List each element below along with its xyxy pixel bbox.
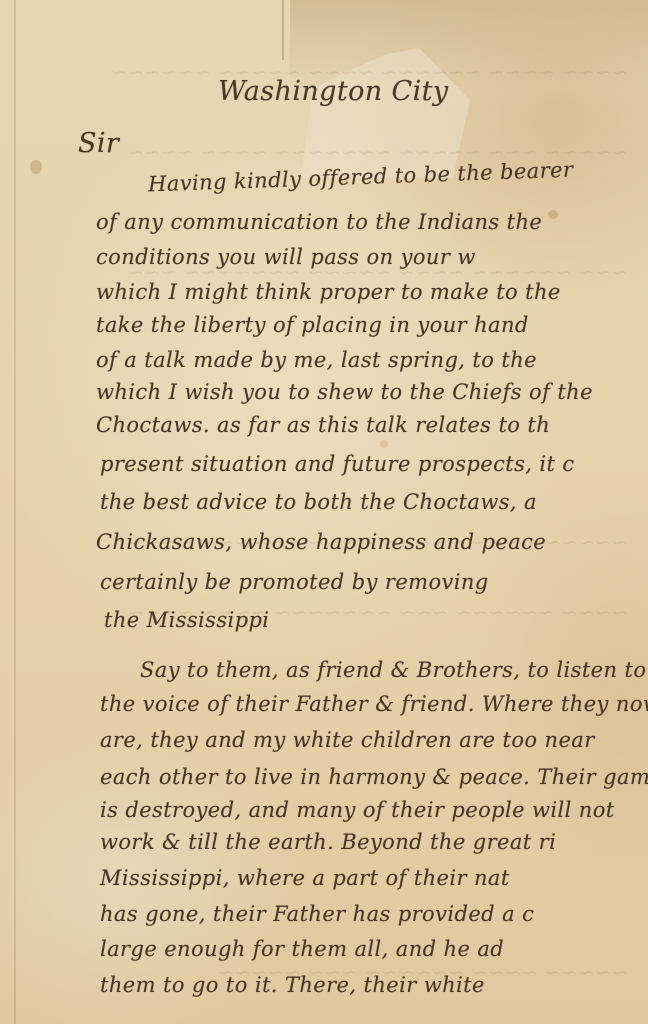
letter-line: Choctaws. as far as this talk relates to… <box>96 413 550 437</box>
letter-line: has gone, their Father has provided a c <box>100 902 534 926</box>
letter-line: of any communication to the Indians the <box>96 210 542 234</box>
ink-stain <box>380 440 388 448</box>
letter-line: each other to live in harmony & peace. T… <box>100 765 648 789</box>
letter-line: the Mississippi <box>104 608 269 632</box>
ink-stain <box>548 210 558 219</box>
letter-line: Mississippi, where a part of their nat <box>100 866 510 890</box>
letter-line: Chickasaws, whose happiness and peace <box>96 530 546 554</box>
letter-line: certainly be promoted by removing <box>100 570 489 594</box>
paper-fold-line <box>282 0 284 60</box>
letter-line: which I wish you to shew to the Chiefs o… <box>96 380 593 404</box>
letter-line: work & till the earth. Beyond the great … <box>100 830 556 854</box>
letter-line: are, they and my white children are too … <box>100 728 595 752</box>
letter-line: the best advice to both the Choctaws, a <box>100 490 537 514</box>
letter-line: conditions you will pass on your w <box>96 245 476 269</box>
letter-line: take the liberty of placing in your hand <box>96 313 529 337</box>
letter-line: which I might think proper to make to th… <box>96 280 561 304</box>
letter-line: them to go to it. There, their white <box>100 973 485 997</box>
letter-line: is destroyed, and many of their people w… <box>100 798 615 822</box>
letter-line: of a talk made by me, last spring, to th… <box>96 348 537 372</box>
letter-line: present situation and future prospects, … <box>100 452 575 476</box>
letter-line: the voice of their Father & friend. Wher… <box>100 692 648 716</box>
letter-line: large enough for them all, and he ad <box>100 937 504 961</box>
margin-crease <box>14 0 16 1024</box>
manuscript-page: ~~~~ ~~~~ ~~~~~~ ~~~~ ~~~~~ ~~~~~~ ~~~~~… <box>0 0 648 1024</box>
salutation: Sir <box>78 128 119 159</box>
letter-line: Say to them, as friend & Brothers, to li… <box>140 658 646 682</box>
place-heading: Washington City <box>218 76 449 107</box>
